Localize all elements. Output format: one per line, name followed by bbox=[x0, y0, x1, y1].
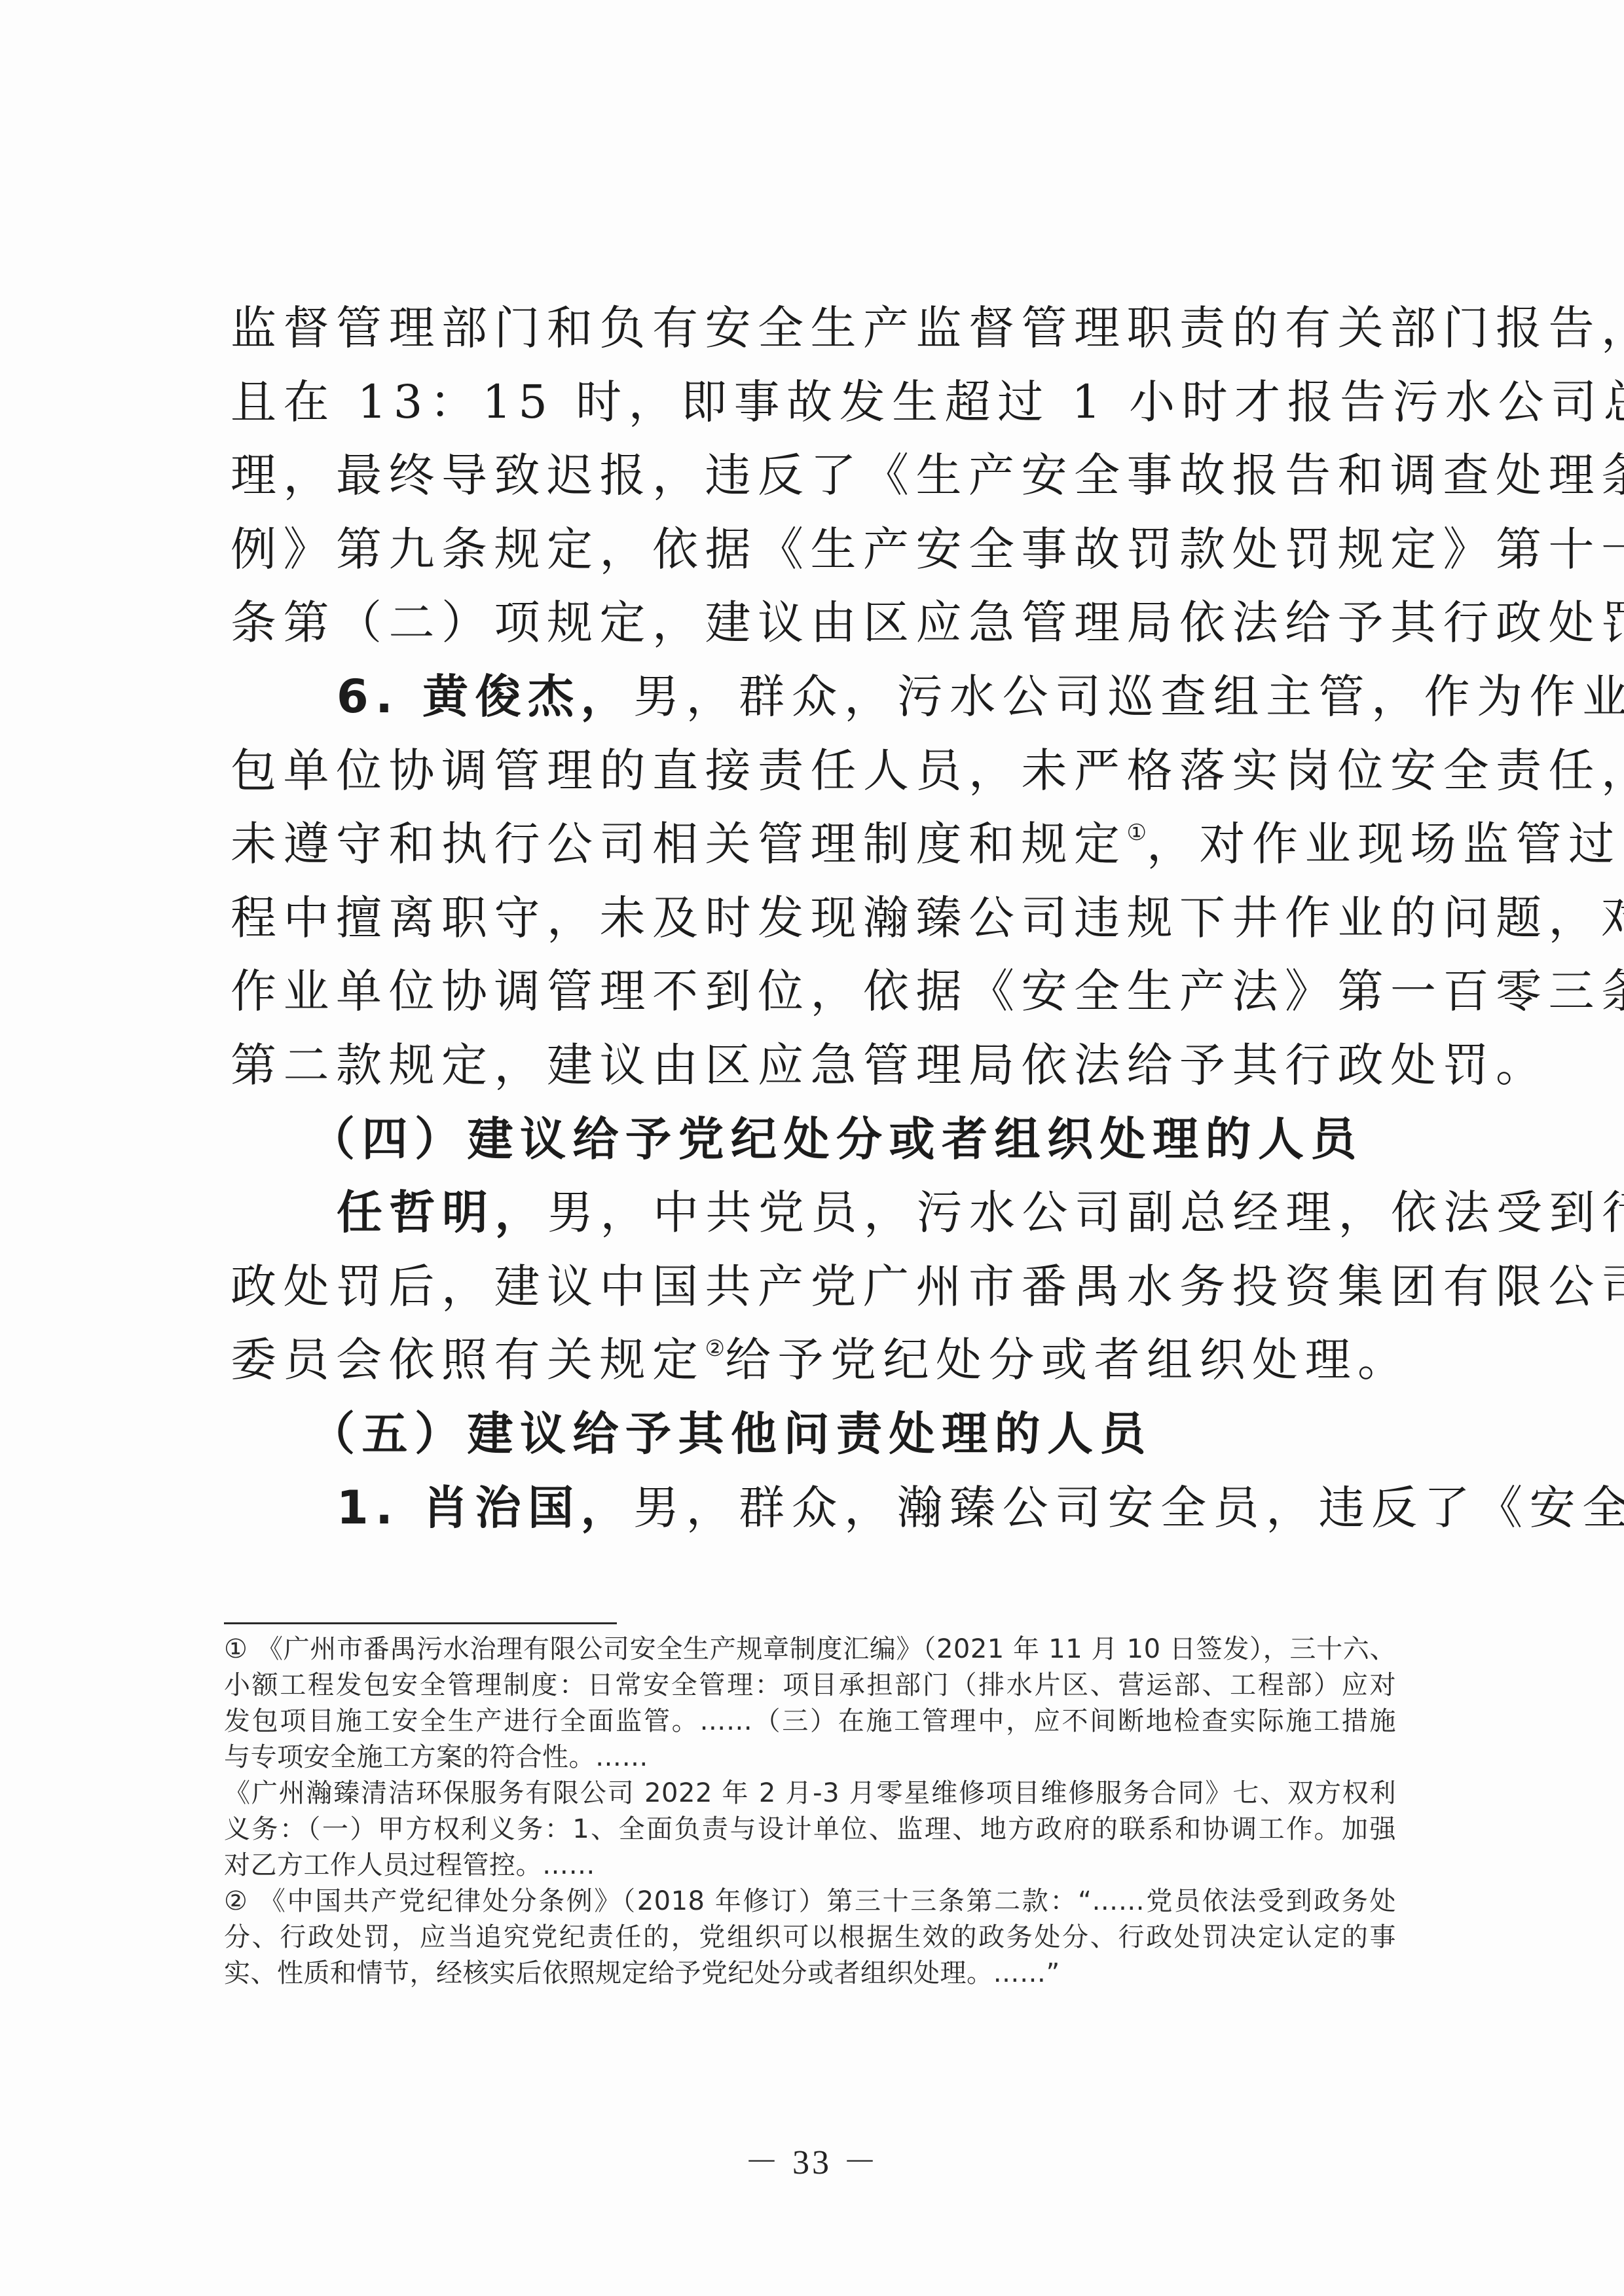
footnote-line: 《广州瀚臻清洁环保服务有限公司 2022 年 2 月-3 月零星维修项目维修服务… bbox=[224, 1776, 1396, 1812]
document-page: 监督管理部门和负有安全生产监督管理职责的有关部门报告， 且在 13：15 时，即… bbox=[0, 0, 1624, 2296]
text-segment: 给予党纪处分或者组织处理。 bbox=[725, 1333, 1411, 1387]
footnote-line: 分、行政处罚，应当追究党纪责任的，党组织可以根据生效的政务处分、行政处罚决定认定… bbox=[224, 1920, 1396, 1956]
footnote-line: 发包项目施工安全生产进行全面监管。……（三）在施工管理中，应不间断地检查实际施工… bbox=[224, 1704, 1396, 1740]
body-line: 条第（二）项规定，建议由区应急管理局依法给予其行政处罚。 bbox=[231, 586, 1397, 660]
body-text: 监督管理部门和负有安全生产监督管理职责的有关部门报告， 且在 13：15 时，即… bbox=[231, 291, 1397, 1544]
section-4-paragraph-start: 任哲明，男，中共党员，污水公司副总经理，依法受到行 bbox=[231, 1176, 1397, 1250]
footnote-line: ② 《中国共产党纪律处分条例》（2018 年修订）第三十三条第二款：“……党员依… bbox=[224, 1884, 1396, 1920]
footnote-line: 实、性质和情节，经核实后依照规定给予党纪处分或者组织处理。……” bbox=[224, 1956, 1396, 1992]
person-name: 6. 黄俊杰， bbox=[337, 670, 633, 723]
footnote-line: 小额工程发包安全管理制度：日常安全管理：项目承担部门（排水片区、营运部、工程部）… bbox=[224, 1667, 1396, 1704]
section-heading-5: （五）建议给予其他问责处理的人员 bbox=[231, 1397, 1397, 1471]
text-segment: 委员会依照有关规定 bbox=[231, 1333, 705, 1387]
body-line: 包单位协调管理的直接责任人员，未严格落实岗位安全责任， bbox=[231, 734, 1397, 808]
body-line: 政处罚后，建议中国共产党广州市番禺水务投资集团有限公司 bbox=[231, 1250, 1397, 1324]
body-line: 未遵守和执行公司相关管理制度和规定①，对作业现场监管过 bbox=[231, 807, 1397, 881]
body-line: 例》第九条规定，依据《生产安全事故罚款处罚规定》第十一 bbox=[231, 513, 1397, 587]
person-description: 男，中共党员，污水公司副总经理，依法受到行 bbox=[547, 1186, 1624, 1239]
body-line: 且在 13：15 时，即事故发生超过 1 小时才报告污水公司总经 bbox=[231, 365, 1397, 439]
person-name: 任哲明， bbox=[337, 1186, 547, 1239]
person-description: 男，群众，瀚臻公司安全员，违反了《安全生 bbox=[633, 1481, 1624, 1535]
body-line: 作业单位协调管理不到位，依据《安全生产法》第一百零三条 bbox=[231, 955, 1397, 1029]
footnote-ref-1[interactable]: ① bbox=[1127, 820, 1147, 846]
footnote-ref-2[interactable]: ② bbox=[705, 1336, 725, 1362]
body-line: 第二款规定，建议由区应急管理局依法给予其行政处罚。 bbox=[231, 1029, 1397, 1102]
text-segment: 未遵守和执行公司相关管理制度和规定 bbox=[231, 817, 1127, 871]
footnotes: ① 《广州市番禺污水治理有限公司安全生产规章制度汇编》（2021 年 11 月 … bbox=[224, 1631, 1396, 1992]
person-name: 1. 肖治国， bbox=[337, 1481, 633, 1535]
footnote-line: 与专项安全施工方案的符合性。…… bbox=[224, 1740, 1396, 1776]
person-6-paragraph-start: 6. 黄俊杰，男，群众，污水公司巡查组主管，作为作业承 bbox=[231, 660, 1397, 734]
footnote-line: ① 《广州市番禺污水治理有限公司安全生产规章制度汇编》（2021 年 11 月 … bbox=[224, 1631, 1396, 1667]
section-heading-4: （四）建议给予党纪处分或者组织处理的人员 bbox=[231, 1102, 1397, 1176]
footnote-line: 对乙方工作人员过程管控。…… bbox=[224, 1848, 1396, 1884]
footnote-separator bbox=[224, 1622, 617, 1624]
body-line: 程中擅离职守，未及时发现瀚臻公司违规下井作业的问题，对 bbox=[231, 881, 1397, 955]
footnote-line: 义务：（一）甲方权利义务：1、全面负责与设计单位、监理、地方政府的联系和协调工作… bbox=[224, 1812, 1396, 1848]
person-description: 男，群众，污水公司巡查组主管，作为作业承 bbox=[633, 670, 1624, 723]
page-number: － 33 － bbox=[0, 2134, 1624, 2183]
body-line: 理，最终导致迟报，违反了《生产安全事故报告和调查处理条 bbox=[231, 439, 1397, 513]
text-segment: ，对作业现场监管过 bbox=[1147, 817, 1621, 871]
section-5-paragraph-start: 1. 肖治国，男，群众，瀚臻公司安全员，违反了《安全生 bbox=[231, 1471, 1397, 1545]
body-line: 委员会依照有关规定②给予党纪处分或者组织处理。 bbox=[231, 1323, 1397, 1397]
body-line: 监督管理部门和负有安全生产监督管理职责的有关部门报告， bbox=[231, 291, 1397, 365]
